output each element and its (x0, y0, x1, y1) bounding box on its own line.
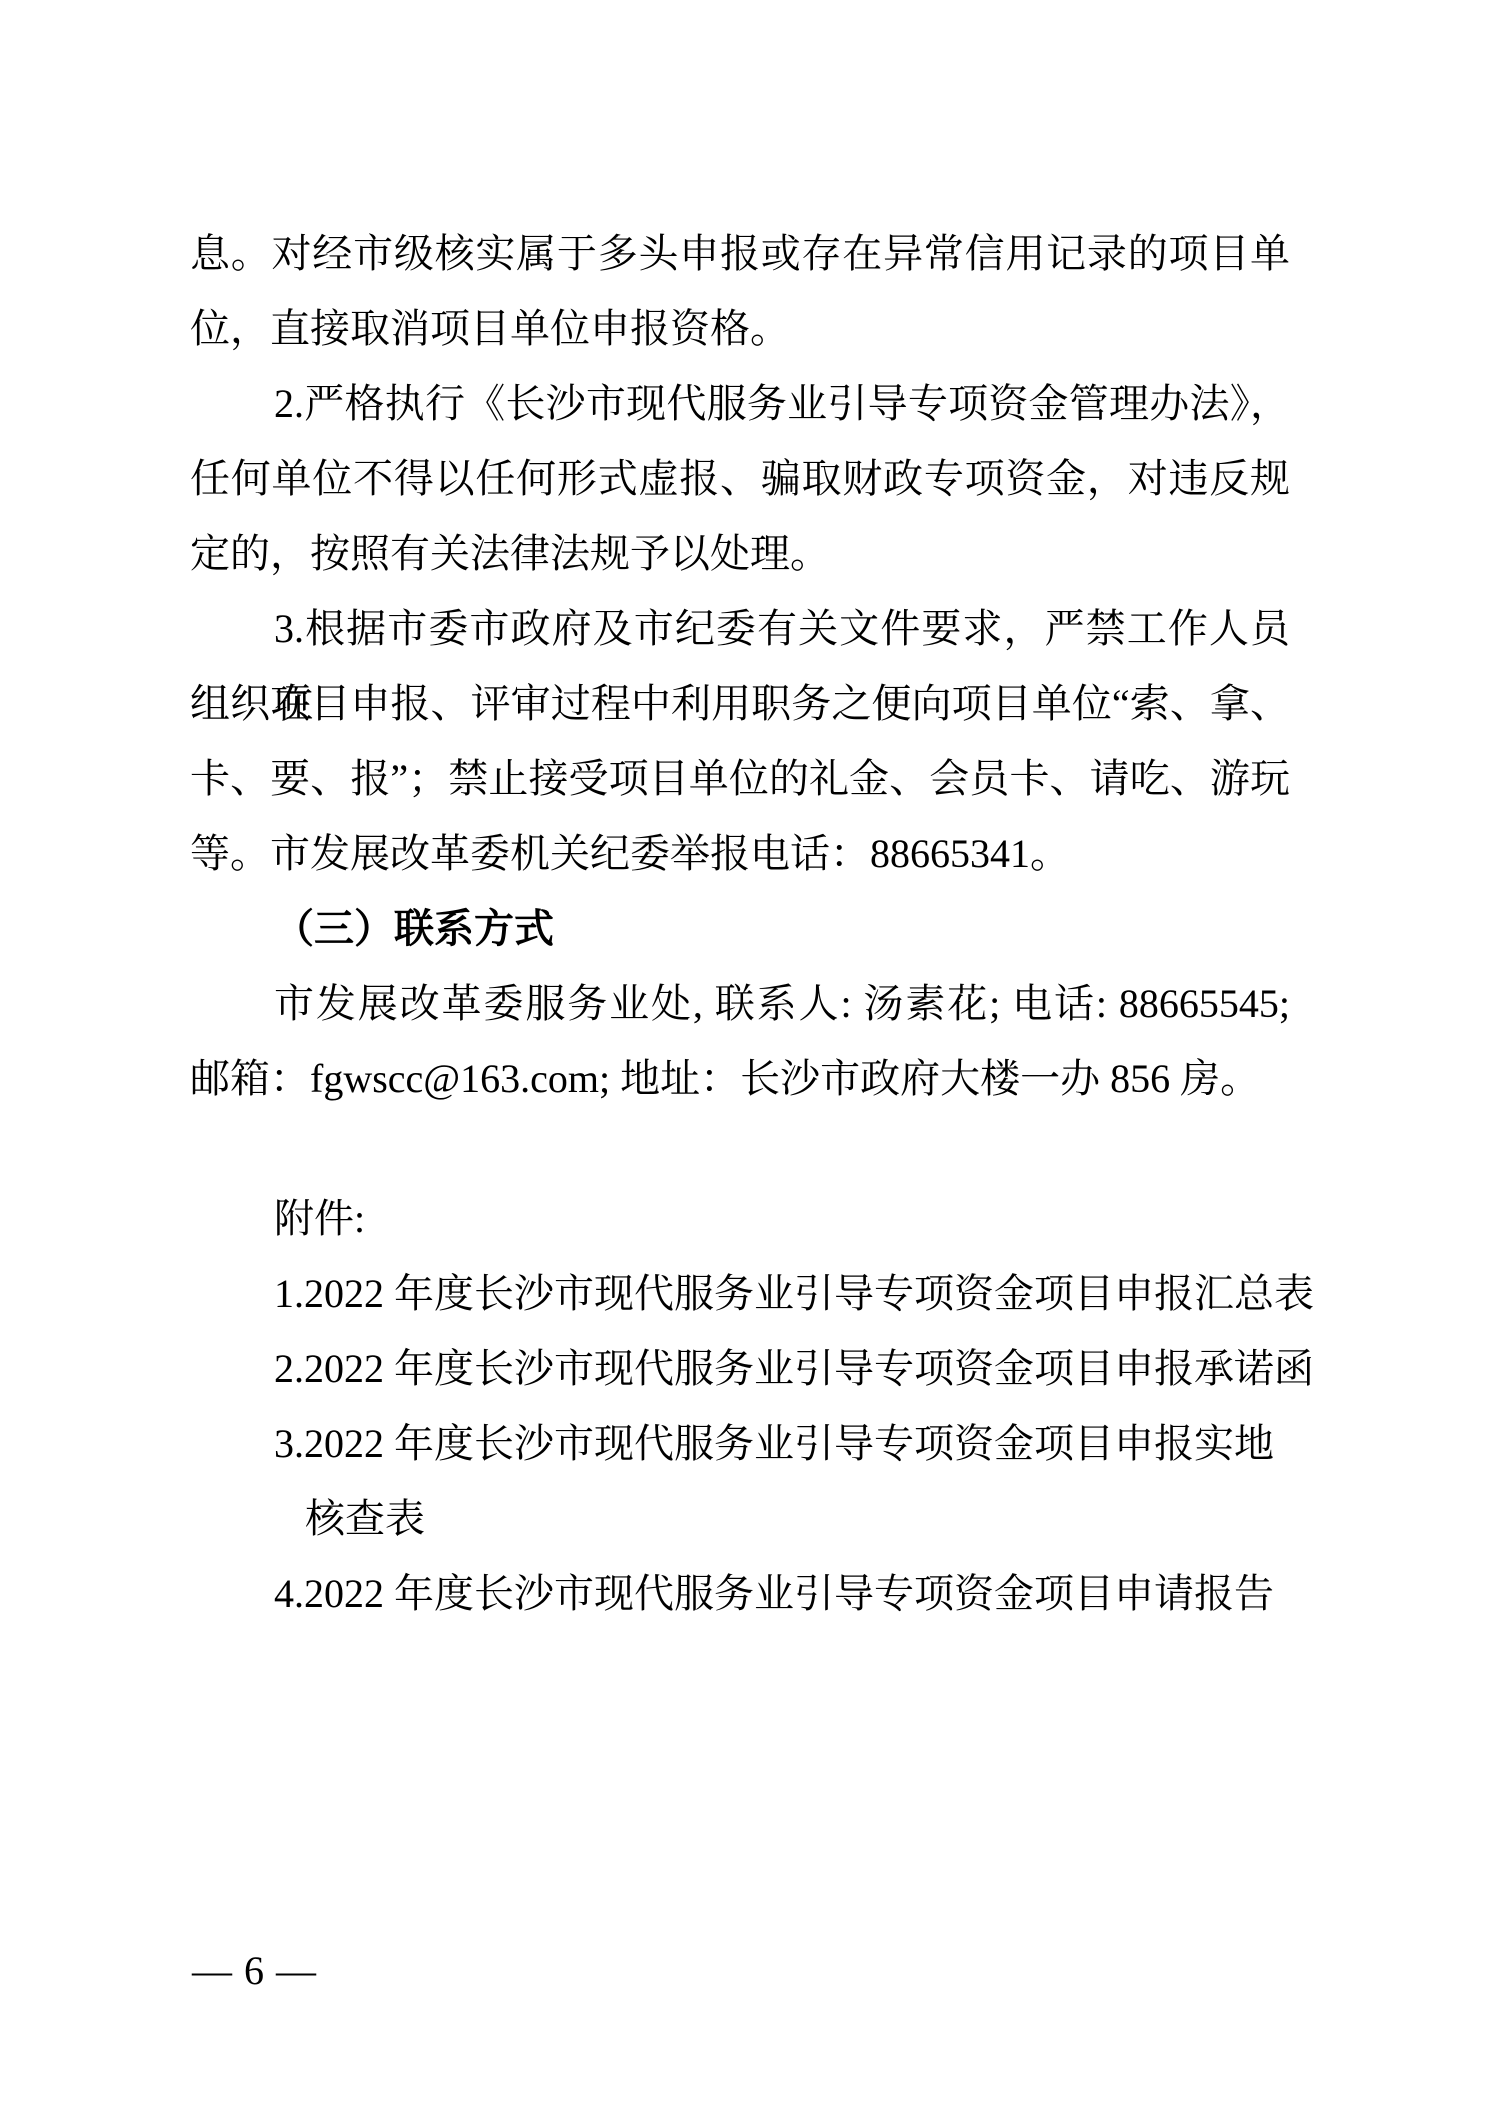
attachment-item: 2.2022 年度长沙市现代服务业引导专项资金项目申报承诺函 (190, 1331, 1290, 1406)
body-line: 等。市发展改革委机关纪委举报电话：88665341。 (190, 816, 1290, 891)
document-page: 息。对经市级核实属于多头申报或存在异常信用记录的项目单 位，直接取消项目单位申报… (0, 0, 1488, 2104)
section-heading: （三）联系方式 (190, 891, 1290, 966)
body-line: 2.严格执行《长沙市现代服务业引导专项资金管理办法》， (190, 366, 1290, 441)
body-line: 位，直接取消项目单位申报资格。 (190, 291, 1290, 366)
body-line: 3.根据市委市政府及市纪委有关文件要求，严禁工作人员在 (190, 591, 1290, 666)
body-line: 卡、要、报”；禁止接受项目单位的礼金、会员卡、请吃、游玩 (190, 741, 1290, 816)
body-line: 邮箱：fgwscc@163.com; 地址：长沙市政府大楼一办 856 房。 (190, 1041, 1290, 1116)
attachments-label: 附件: (190, 1181, 1290, 1256)
attachments-section: 附件: 1.2022 年度长沙市现代服务业引导专项资金项目申报汇总表 2.202… (190, 1181, 1290, 1631)
attachment-item: 4.2022 年度长沙市现代服务业引导专项资金项目申请报告 (190, 1556, 1290, 1631)
attachment-item-continuation: 核查表 (190, 1481, 1290, 1556)
body-line: 定的，按照有关法律法规予以处理。 (190, 516, 1290, 591)
attachment-item: 1.2022 年度长沙市现代服务业引导专项资金项目申报汇总表 (190, 1256, 1290, 1331)
body-line: 息。对经市级核实属于多头申报或存在异常信用记录的项目单 (190, 216, 1290, 291)
page-number: — 6 — (192, 1946, 317, 1996)
body-line: 组织项目申报、评审过程中利用职务之便向项目单位“索、拿、 (190, 666, 1290, 741)
body-line: 任何单位不得以任何形式虚报、骗取财政专项资金，对违反规 (190, 441, 1290, 516)
body-text: 息。对经市级核实属于多头申报或存在异常信用记录的项目单 位，直接取消项目单位申报… (190, 216, 1290, 1116)
attachment-item: 3.2022 年度长沙市现代服务业引导专项资金项目申报实地 (190, 1406, 1290, 1481)
body-line: 市发展改革委服务业处, 联系人: 汤素花; 电话: 88665545; (190, 966, 1290, 1041)
